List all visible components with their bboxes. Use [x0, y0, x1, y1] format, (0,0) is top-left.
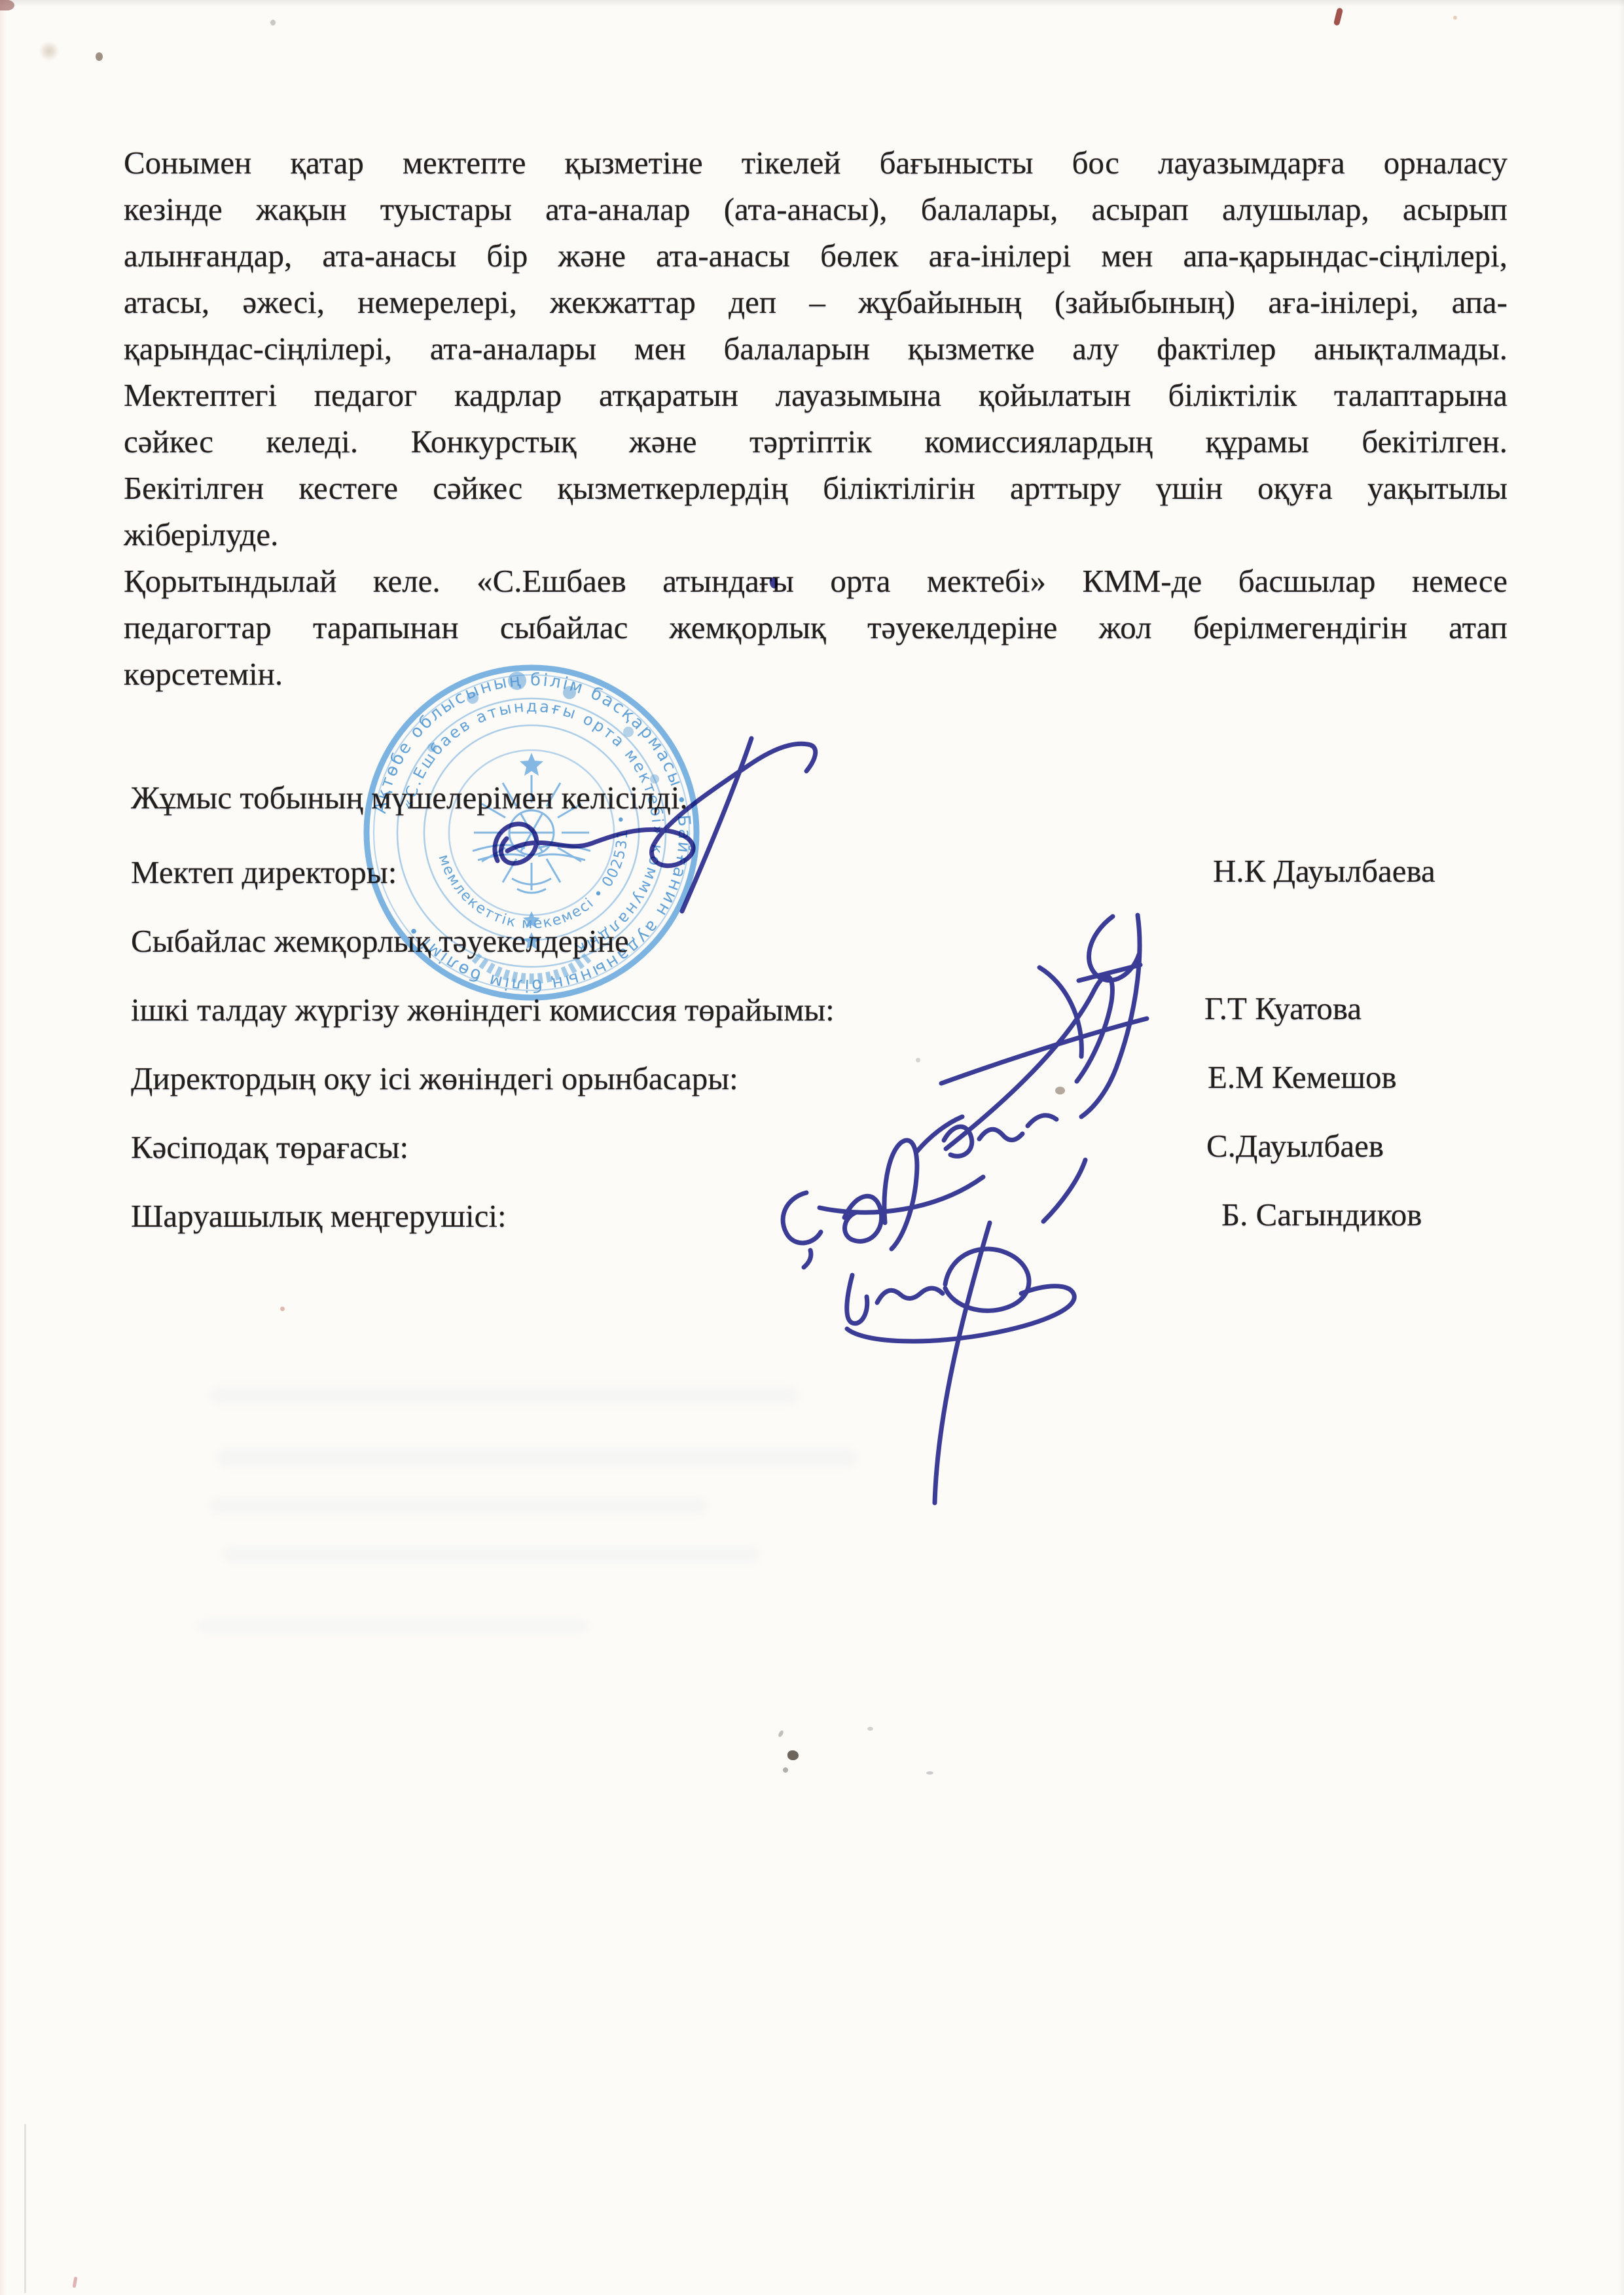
bleed-through-mark: [223, 1546, 759, 1563]
signatory-label-household-manager: Шаруашылық меңгерушісі:: [131, 1193, 507, 1239]
signatory-label-union-chairman: Кәсіподақ төрағасы:: [131, 1124, 408, 1170]
bleed-through-mark: [209, 1498, 707, 1515]
official-stamp-seal: Ақтөбе облысының білім басқармасы • Байғ…: [353, 655, 710, 1011]
scan-fold-line: [24, 2124, 26, 2293]
body-line: қарындас-сіңлілері, ата-аналары мен бала…: [124, 325, 1507, 372]
scan-speck: [778, 1729, 785, 1738]
scan-speck: [1453, 16, 1457, 20]
signatory-name-commission-chair: Г.Т Куатова: [1204, 985, 1362, 1032]
signatory-name-director: Н.К Дауылбаева: [1213, 848, 1435, 894]
scan-speck: [916, 1058, 920, 1062]
body-line: атасы, әжесі, немерелері, жекжаттар деп …: [124, 279, 1507, 325]
report-body-text: Сонымен қатар мектепте қызметіне тікелей…: [124, 139, 1507, 697]
body-line: сәйкес келеді. Конкурстық және тәртіптік…: [124, 418, 1507, 465]
signature-commission-chair: [941, 915, 1147, 1117]
scan-corner-mark: [0, 0, 14, 10]
signatory-label-deputy-director: Директордың оқу ісі жөніндегі орынбасары…: [131, 1055, 738, 1102]
body-line: алынғандар, ата-анасы бір және ата-анасы…: [124, 232, 1507, 279]
scan-speck: [867, 1727, 873, 1731]
body-line: көрсетемін.: [124, 651, 1507, 697]
signature-household-manager: [847, 1160, 1085, 1503]
scanned-document-page: { "page": { "kind": "scanned official le…: [0, 0, 1624, 2295]
scan-speck: [926, 1771, 933, 1775]
bleed-through-mark: [209, 1386, 799, 1405]
bleed-through-mark: [196, 1618, 589, 1634]
signature-union-chairman: [783, 1117, 983, 1267]
scan-speck: [280, 1307, 285, 1311]
body-line: Сонымен қатар мектепте қызметіне тікелей…: [124, 139, 1507, 186]
body-line: педагогтар тарапынан сыбайлас жемқорлық …: [124, 604, 1507, 651]
body-line: кезінде жақын туыстары ата-аналар (ата-а…: [124, 186, 1507, 232]
scan-speck: [787, 1750, 799, 1760]
scan-speck: [73, 2277, 78, 2288]
signatory-name-union-chairman: С.Дауылбаев: [1206, 1123, 1384, 1169]
scan-edge-shadow-left: [0, 0, 7, 2295]
scan-speck: [1055, 1087, 1065, 1094]
scan-edge-shadow-right: [1619, 0, 1624, 2295]
scan-edge-shadow-top: [0, 0, 1624, 7]
signatory-name-household-manager: Б. Сагындиков: [1221, 1191, 1422, 1238]
body-line: Бекітілген кестеге сәйкес қызметкерлерді…: [124, 465, 1507, 511]
scan-speck: [270, 20, 276, 26]
signature-deputy-director: [944, 977, 1112, 1157]
body-line: Қорытындылай келе. «С.Ешбаев атындағы ор…: [124, 558, 1507, 604]
scan-red-mark: [1333, 7, 1343, 26]
bleed-through-mark: [216, 1448, 857, 1468]
scan-speck: [783, 1767, 788, 1773]
scan-smudge: [39, 41, 59, 62]
signatory-name-deputy-director: Е.М Кемешов: [1208, 1054, 1397, 1100]
body-line: Мектептегі педагог кадрлар атқаратын лау…: [124, 372, 1507, 418]
body-line: жіберілуде.: [124, 511, 1507, 558]
scan-speck: [96, 52, 103, 61]
